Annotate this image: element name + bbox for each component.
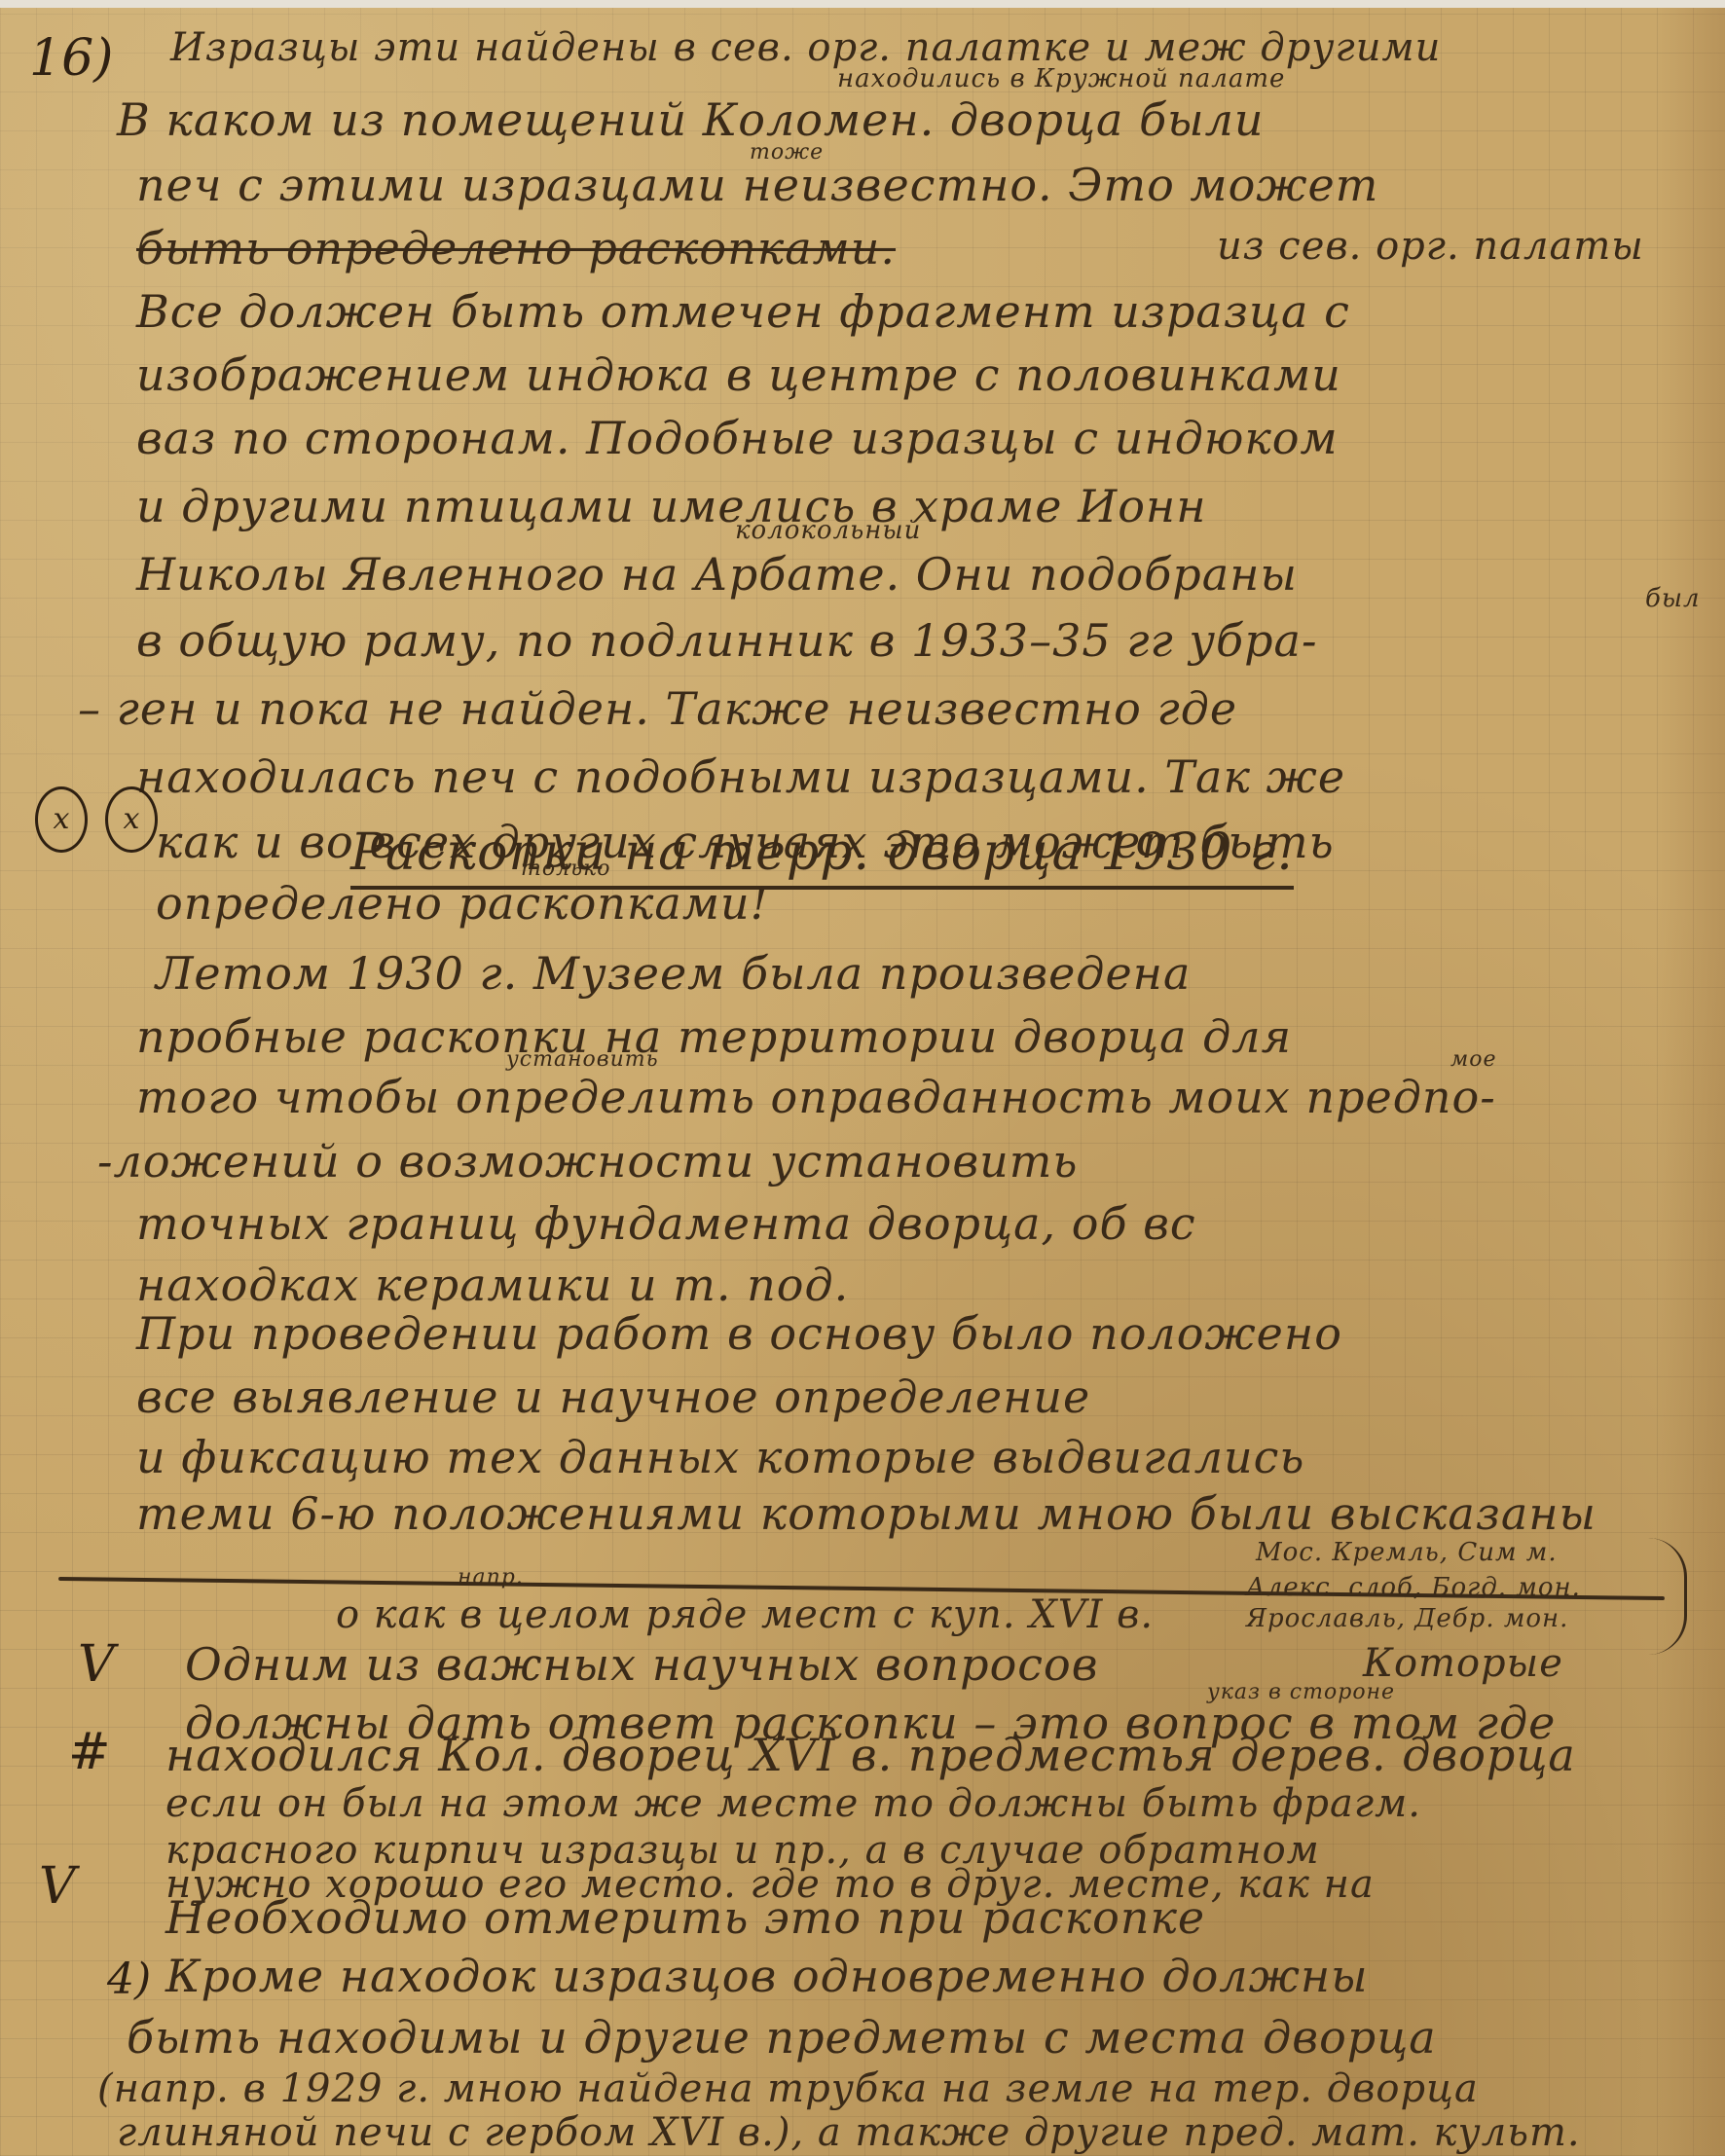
text-line-insert: мое	[1450, 1047, 1497, 1072]
text-line: и фиксацию тех данных которые выдвигалис…	[136, 1431, 1304, 1483]
side-note-line: Мос. Кремль, Сим м.	[1256, 1538, 1558, 1567]
text-line: в общую раму, по подлинник в 1933–35 гг …	[136, 614, 1318, 667]
text-line: находился Кол. дворец XVI в. предместья …	[165, 1729, 1576, 1781]
text-line: точных границ фундамента дворца, об вс	[136, 1197, 1196, 1250]
text-line: пробные раскопки на территории дворца дл…	[136, 1010, 1292, 1063]
text-line: если он был на этом же месте то должны б…	[165, 1781, 1421, 1826]
side-note-line: Ярославль, Дебр. мон.	[1246, 1604, 1568, 1633]
text-line-insert: находились в Кружной палате	[837, 64, 1285, 93]
text-line-struck: быть определено раскопками.	[136, 222, 896, 274]
circled-x-mark: x	[35, 786, 88, 853]
text-line: того чтобы определить оправданность моих…	[136, 1071, 1496, 1123]
text-line: -ложений о возможности установить	[97, 1135, 1078, 1188]
text-line-insert: установить	[506, 1047, 659, 1072]
text-line: Необходимо отмерить это при раскопке	[165, 1891, 1205, 1944]
text-line: Все должен быть отмечен фрагмент изразца…	[136, 285, 1350, 338]
text-line: – ген и пока не найден. Также неизвестно…	[78, 682, 1237, 735]
text-line: быть находимы и другие предметы с места …	[127, 2011, 1437, 2064]
text-line: Летом 1930 г. Музеем была произведена	[156, 947, 1191, 1000]
text-line: Николы Явленного на Арбате. Они подобран…	[136, 548, 1298, 601]
text-line: В каком из помещений Коломен. дворца был…	[117, 93, 1265, 146]
item-number: 4)	[107, 1955, 151, 2004]
text-line: (напр. в 1929 г. мною найдена трубка на …	[97, 2066, 1479, 2111]
text-line: находилась печ с подобными изразцами. Та…	[136, 750, 1345, 803]
notebook-page: 16) Изразцы эти найдены в сев. орг. пала…	[0, 8, 1725, 2156]
text-line: При проведении работ в основу было полож…	[136, 1307, 1342, 1360]
text-line: ваз по сторонам. Подобные изразцы с индю…	[136, 412, 1339, 464]
text-line-insert: колокольный	[735, 516, 921, 545]
text-line: находках керамики и т. под.	[136, 1259, 849, 1311]
text-line: печ с этими изразцами неизвестно. Это мо…	[136, 159, 1378, 211]
text-line: Кроме находок изразцов одновременно долж…	[165, 1950, 1369, 2002]
text-line: Одним из важных научных вопросов	[185, 1638, 1099, 1691]
check-mark: V	[78, 1635, 115, 1694]
text-line: изображением индюка в центре с половинка…	[136, 348, 1341, 401]
text-line: теми 6-ю положениями которыми мною были …	[136, 1487, 1597, 1540]
section-number: 16)	[29, 29, 113, 88]
section-heading: Раскопки на терр. дворца 1930 г.	[350, 823, 1294, 890]
text-line: и другими птицами имелись в храме Ионн	[136, 480, 1207, 532]
text-line: все выявление и научное определение	[136, 1370, 1090, 1423]
text-line-insert: из сев. орг. палаты	[1217, 224, 1644, 269]
crossed-marker: #	[68, 1723, 111, 1781]
text-line: о как в целом ряде мест с куп. XVI в.	[336, 1592, 1154, 1637]
text-line-insert: был	[1645, 584, 1701, 613]
check-mark: V	[39, 1857, 76, 1916]
side-note-bracket	[1645, 1538, 1687, 1655]
circled-x-mark: x	[105, 786, 158, 853]
text-line: глиняной печи с гербом XVI в.), а также …	[117, 2110, 1581, 2155]
